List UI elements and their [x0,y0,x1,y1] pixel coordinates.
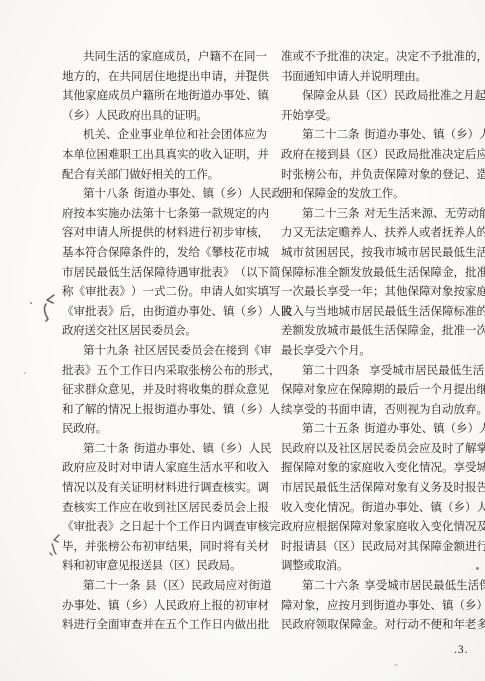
text-line: 情况以及有关证明材料进行调查核实。调 [62,479,249,499]
text-line: 第十八条 街道办事处、镇（乡）人民政 [62,185,249,205]
text-line: 市居民最低生活保障待遇审批表》（以下简 [62,264,249,284]
text-line: 收入变化情况。街道办事处、镇（乡）人民 [281,499,473,519]
text-line: 本单位困难职工出具真实的收入证明，并 [62,146,249,166]
text-line: 料进行全面审查并在五个工作日内做出批 [62,616,249,636]
text-line: 准或不予批准的决定。决定不予批准的，应 [281,48,473,68]
text-line: 征求群众意见，并及时将收集的群众意见 [62,381,249,401]
text-line: 其他家庭成员户籍所在地街道办事处、镇 [62,87,249,107]
text-line: 书面通知申请人并说明理由。 [281,68,473,88]
text-line: 保障金从县（区）民政局批准之月起 [281,87,473,107]
text-line: 毕，并张榜公布初审结果，同时将有关材 [62,538,249,558]
scan-speck [30,302,32,304]
ink-mark-icon [41,293,58,323]
text-line: 民政府。 [62,420,249,440]
text-line: 时报请县（区）民政局对其保障金额进行 [281,538,473,558]
text-line: 批表》五个工作日内采取张榜公布的形式， [62,362,249,382]
text-line: 调整或取消。 [281,557,473,577]
scan-speck [246,70,252,72]
text-line: 基本符合保障条件的，发给《攀枝花市城 [62,244,249,264]
text-line: 《审批表》之日起十个工作日内调查审核完 [62,518,249,538]
text-line: 障对象，应按月到街道办事处、镇（乡）人 [281,597,473,617]
text-line: 和了解的情况上报街道办事处、镇（乡）人 [62,401,249,421]
text-line: （乡）人民政府出具的证明。 [62,107,249,127]
text-column-left: 共同生活的家庭成员，户籍不在同一地方的，在共同居住地提出申请，并提供其他家庭成员… [62,48,249,636]
text-line: 城市贫困居民，按我市城市居民最低生活 [281,244,473,264]
text-line: 市居民最低生活保障对象有义务及时报告 [281,479,473,499]
text-line: 第二十四条 享受城市居民最低生活 [281,362,473,382]
text-line: 《审批表》后，由街道办事处、镇（乡）人民 [62,303,249,323]
text-line: 第二十六条 享受城市居民最低生活保 [281,577,473,597]
text-line: 握保障对象的家庭收入变化情况。享受城 [281,459,473,479]
text-line: 第二十一条 县（区）民政局应对街道 [62,577,249,597]
text-line: 府按本实施办法第十七条第一款规定的内 [62,205,249,225]
text-line: 容对申请人所提供的材料进行初步审核， [62,224,249,244]
ink-mark-icon [48,534,63,556]
text-line: 办事处、镇（乡）人民政府上报的初审材 [62,597,249,617]
scan-speck [24,372,26,374]
text-line: 时张榜公布，并负责保障对象的登记、造 [281,166,473,186]
text-line: 第二十三条 对无生活来源、无劳动能 [281,205,473,225]
text-line: 料和初审意见报送县（区）民政局。 [62,557,249,577]
text-line: 力又无法定赡养人、扶养人或者抚养人的 [281,224,473,244]
text-line: 最长享受六个月。 [281,342,473,362]
text-line: 机关、企业事业单位和社会团体应为 [62,126,249,146]
text-line: 收入与当地城市居民最低生活保障标准的 [281,303,473,323]
text-line: 政府应及时对申请人家庭生活水平和收入 [62,459,249,479]
text-line: 配合有关部门做好相关的工作。 [62,166,249,186]
text-line: 政府应根据保障对象家庭收入变化情况及 [281,518,473,538]
text-line: 称《审批表》）一式二份。申请人如实填写 [62,283,249,303]
text-line: 一次最长享受一年；其他保障对象按家庭 [281,283,473,303]
text-line: 民政府领取保障金。对行动不便和年老多 [281,616,473,636]
scanned-document-page: 共同生活的家庭成员，户籍不在同一地方的，在共同居住地提出申请，并提供其他家庭成员… [0,0,485,681]
page-number: .3. [454,644,469,656]
text-line: 第二十五条 街道办事处、镇（乡）人 [281,420,473,440]
text-line: 差额发放城市最低生活保障金，批准一次 [281,322,473,342]
text-line: 政府在接到县（区）民政局批准决定后应及 [281,146,473,166]
scan-speck [476,567,479,570]
text-line: 民政府以及社区居民委员会应及时了解掌 [281,440,473,460]
text-column-right: 准或不予批准的决定。决定不予批准的，应书面通知申请人并说明理由。保障金从县（区）… [281,48,473,636]
text-line: 第二十条 街道办事处、镇（乡）人民 [62,440,249,460]
scan-speck [394,664,398,666]
text-line: 续享受的书面申请，否则视为自动放弃。 [281,401,473,421]
text-line: 查核实工作应在收到社区居民委员会上报 [62,499,249,519]
text-line: 保障对象应在保障期的最后一个月提出继 [281,381,473,401]
text-line: 开始享受。 [281,107,473,127]
text-line: 第二十二条 街道办事处、镇（乡）人民 [281,126,473,146]
text-line: 第十九条 社区居民委员会在接到《审 [62,342,249,362]
text-line: 册和保障金的发放工作。 [281,185,473,205]
text-line: 保障标准全额发放最低生活保障金，批准 [281,264,473,284]
text-line: 政府送交社区居民委员会。 [62,322,249,342]
text-line: 地方的，在共同居住地提出申请，并提供 [62,68,249,88]
text-line: 共同生活的家庭成员，户籍不在同一 [62,48,249,68]
